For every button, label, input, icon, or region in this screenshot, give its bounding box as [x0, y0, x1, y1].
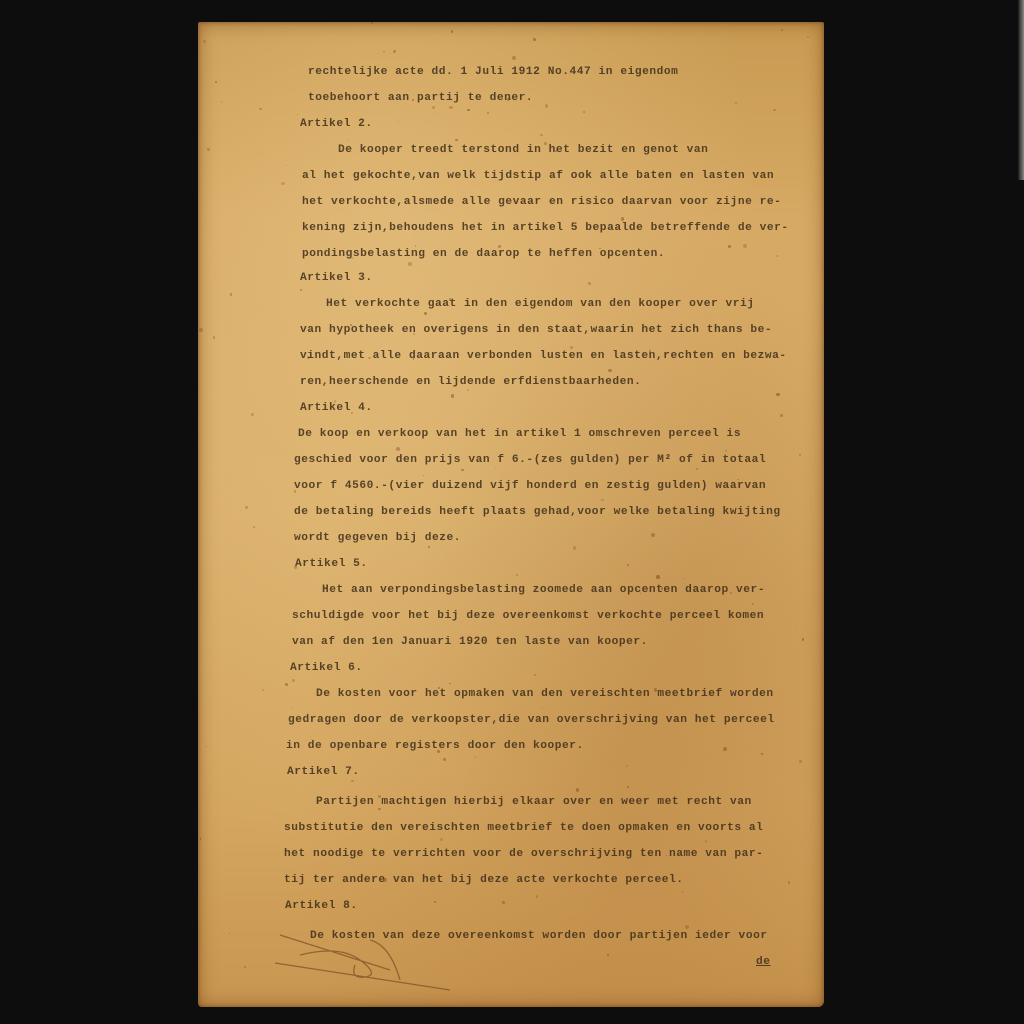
stain-spot — [262, 689, 264, 691]
stain-spot — [570, 346, 574, 350]
stain-spot — [807, 36, 809, 38]
stain-spot — [573, 546, 576, 549]
stain-spot — [467, 109, 470, 112]
stain-spot — [799, 454, 801, 456]
document-line: van af den 1en Januari 1920 ten laste va… — [292, 636, 648, 648]
stain-spot — [351, 780, 353, 782]
stain-spot — [752, 603, 754, 605]
stain-spot — [627, 786, 629, 788]
stain-spot — [788, 881, 790, 883]
stain-spot — [495, 467, 496, 468]
article-heading: Artikel 2. — [300, 118, 373, 130]
stain-spot — [294, 490, 296, 492]
stain-spot — [253, 526, 255, 528]
document-line: voor f 4560.-(vier duizend vijf honderd … — [294, 480, 766, 492]
stain-spot — [728, 245, 731, 248]
stain-spot — [408, 262, 412, 266]
stain-spot — [207, 148, 210, 151]
stain-spot — [678, 984, 679, 985]
stain-spot — [799, 760, 802, 763]
stain-spot — [773, 109, 776, 112]
document-line: Het verkochte gaat in den eigendom van d… — [326, 298, 755, 310]
stain-spot — [424, 312, 427, 315]
catchword: de — [756, 956, 771, 968]
document-line: De kosten voor het opmaken van den verei… — [316, 688, 774, 700]
stain-spot — [540, 134, 542, 136]
stain-spot — [533, 38, 535, 40]
stain-spot — [761, 753, 763, 755]
stain-spot — [451, 394, 455, 398]
stain-spot — [400, 171, 403, 174]
article-heading: Artikel 8. — [285, 900, 358, 912]
stain-spot — [287, 905, 290, 908]
stain-spot — [415, 245, 416, 246]
stain-spot — [780, 414, 784, 418]
stain-spot — [725, 450, 727, 452]
document-line: De koop en verkoop van het in artikel 1 … — [298, 428, 741, 440]
article-heading: Artikel 7. — [287, 766, 360, 778]
stain-spot — [368, 357, 371, 360]
document-line: van hypotheek en overigens in den staat,… — [300, 324, 772, 336]
stain-spot — [285, 683, 288, 686]
stain-spot — [398, 121, 399, 122]
stain-spot — [292, 708, 293, 709]
stain-spot — [534, 674, 536, 676]
stain-spot — [259, 108, 262, 111]
document-line: geschied voor den prijs van f 6.-(zes gu… — [294, 454, 766, 466]
document-line: in de openbare registers door den kooper… — [286, 740, 584, 752]
stain-spot — [682, 891, 683, 892]
stain-spot — [440, 838, 443, 841]
stain-spot — [428, 546, 430, 548]
stain-spot — [355, 504, 356, 505]
stain-spot — [516, 574, 518, 576]
stain-spot — [413, 358, 414, 359]
stain-spot — [544, 142, 547, 145]
stain-spot — [743, 244, 747, 248]
stain-spot — [348, 140, 349, 141]
document-line: ren,heerschende en lijdende erfdienstbaa… — [300, 376, 641, 388]
stain-spot — [536, 895, 538, 897]
stain-spot — [342, 743, 344, 745]
stain-spot — [621, 217, 624, 220]
stain-spot — [576, 788, 580, 792]
stain-spot — [685, 925, 689, 929]
stain-spot — [802, 638, 805, 641]
document-line: substitutie den vereischten meetbrief te… — [284, 822, 763, 834]
stain-spot — [221, 101, 223, 103]
stain-spot — [438, 687, 440, 689]
stain-spot — [437, 750, 440, 753]
stain-spot — [705, 840, 708, 843]
stain-spot — [449, 683, 450, 684]
stain-spot — [213, 336, 216, 339]
document-line: gedragen door de verkoopster,die van ove… — [288, 714, 775, 726]
stain-spot — [545, 104, 549, 108]
article-heading: Artikel 3. — [300, 272, 373, 284]
stain-spot — [502, 901, 505, 904]
stain-spot — [396, 447, 400, 451]
stain-spot — [432, 106, 435, 109]
stain-spot — [696, 468, 698, 470]
stain-spot — [649, 350, 651, 352]
stain-spot — [451, 30, 453, 32]
stain-spot — [455, 139, 458, 142]
stain-spot — [626, 765, 628, 767]
stain-spot — [512, 56, 516, 60]
background-light-edge — [1018, 0, 1024, 180]
stain-spot — [795, 626, 796, 627]
stain-spot — [200, 838, 202, 840]
stain-spot — [601, 499, 604, 502]
document-line: toebehoort aan partij te dener. — [308, 92, 533, 104]
stain-spot — [776, 393, 780, 397]
stain-spot — [627, 564, 629, 566]
stain-spot — [423, 475, 424, 476]
document-line: de betaling bereids heeft plaats gehad,v… — [294, 506, 781, 518]
document-line: De kooper treedt terstond in het bezit e… — [338, 144, 708, 156]
stain-spot — [640, 593, 641, 594]
stain-spot — [781, 29, 783, 31]
stain-spot — [654, 688, 658, 692]
document-line: rechtelijke acte dd. 1 Juli 1912 No.447 … — [308, 66, 678, 78]
stain-spot — [351, 412, 353, 414]
document-line: het verkochte,alsmede alle gevaar en ris… — [302, 196, 781, 208]
stain-spot — [608, 369, 612, 373]
stain-spot — [461, 469, 464, 472]
stain-spot — [542, 707, 543, 708]
stain-spot — [245, 506, 248, 509]
stain-spot — [735, 102, 736, 103]
stain-spot — [229, 933, 231, 935]
stain-spot — [292, 679, 295, 682]
stain-spot — [709, 459, 711, 461]
stain-spot — [487, 112, 489, 114]
stain-spot — [475, 756, 476, 757]
stain-spot — [777, 255, 779, 257]
stain-spot — [206, 746, 207, 747]
stain-spot — [230, 293, 232, 295]
document-line: het noodige te verrichten voor de oversc… — [284, 848, 763, 860]
stain-spot — [555, 150, 557, 152]
stain-spot — [607, 954, 609, 956]
document-line: pondingsbelasting en de daarop te heffen… — [302, 248, 665, 260]
stain-spot — [661, 587, 664, 590]
document-line: wordt gegeven bij deze. — [294, 532, 461, 544]
stain-spot — [434, 901, 436, 903]
article-heading: Artikel 6. — [290, 662, 363, 674]
document-line: tij ter andere van het bij deze acte ver… — [284, 874, 684, 886]
stain-spot — [449, 298, 452, 301]
article-heading: Artikel 5. — [295, 558, 368, 570]
stain-spot — [588, 282, 591, 285]
stain-spot — [583, 111, 585, 113]
stain-spot — [300, 289, 301, 290]
stain-spot — [723, 747, 727, 751]
stain-spot — [199, 328, 203, 332]
stain-spot — [651, 533, 654, 536]
stain-spot — [286, 165, 287, 166]
article-heading: Artikel 4. — [300, 402, 373, 414]
document-line: al het gekochte,van welk tijdstip af ook… — [302, 170, 774, 182]
handwritten-signature — [270, 915, 470, 995]
stain-spot — [449, 106, 452, 109]
stain-spot — [244, 966, 246, 968]
stain-spot — [383, 51, 385, 53]
stain-spot — [215, 81, 217, 83]
stain-spot — [642, 848, 643, 849]
stain-spot — [371, 22, 373, 24]
stain-spot — [281, 182, 284, 185]
document-line: kening zijn,behoudens het in artikel 5 b… — [302, 222, 789, 234]
document-line: vindt,met alle daaraan verbonden lusten … — [300, 350, 787, 362]
stain-spot — [393, 50, 396, 53]
stain-spot — [378, 808, 381, 811]
stain-spot — [443, 758, 446, 761]
typewritten-document-page: rechtelijke acte dd. 1 Juli 1912 No.447 … — [198, 22, 824, 1007]
stain-spot — [251, 413, 254, 416]
stain-spot — [297, 114, 298, 115]
stain-spot — [203, 40, 206, 43]
stain-spot — [656, 575, 660, 579]
document-line: Het aan verpondingsbelasting zoomede aan… — [322, 584, 765, 596]
stain-spot — [684, 578, 686, 580]
document-line: Partijen machtigen hierbij elkaar over e… — [316, 796, 752, 808]
stain-spot — [467, 389, 469, 391]
document-line: schuldigde voor het bij deze overeenkoms… — [292, 610, 764, 622]
